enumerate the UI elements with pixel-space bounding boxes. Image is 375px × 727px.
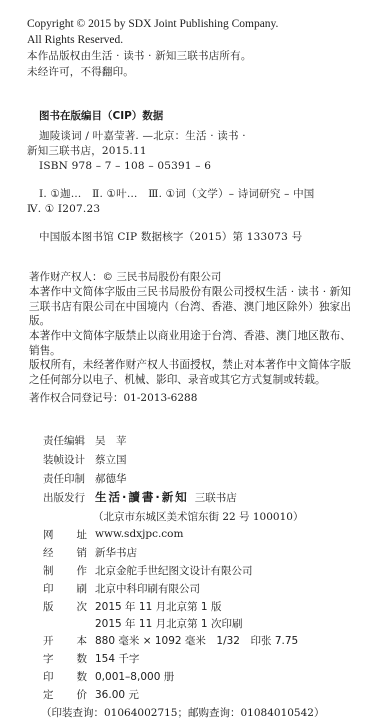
- colophon-wordcount: 字数 154 千字: [43, 649, 139, 667]
- editor-label: 责任编辑: [43, 433, 95, 448]
- editor-name: 吴 苹: [95, 433, 127, 448]
- publisher-brand-logo: 生活·讀書·新知: [95, 489, 189, 505]
- copyright-cn-line: 本作品版权由生活 · 读书 · 新知三联书店所有。: [27, 49, 252, 64]
- designer-label: 装帧设计: [43, 452, 95, 467]
- printrun-info: 0,001–8,000 册: [95, 669, 174, 684]
- sales-restriction-paragraph: 本著作中文简体字版禁止以商业用途于台湾、香港、澳门地区散布、销售。: [29, 329, 351, 358]
- publisher-name: 三联书店: [195, 490, 237, 505]
- inquiry-phone-numbers: （印装查询：01064002715；邮购查询：01084010542）: [41, 703, 324, 721]
- website-link[interactable]: www.sdxjpc.com: [95, 528, 183, 540]
- cip-classification-line2: Ⅳ. ① I207.23: [27, 202, 100, 217]
- colophon-edition: 版次 2015 年 11 月北京第 1 版: [43, 597, 221, 615]
- wordcount-info: 154 千字: [95, 651, 139, 666]
- colophon-editor: 责任编辑 吴 苹: [43, 431, 127, 449]
- no-reprint-notice: 未经许可，不得翻印。: [27, 65, 134, 80]
- designer-name: 蔡立国: [95, 452, 127, 467]
- printing-info: 2015 年 11 月北京第 1 次印刷: [95, 616, 242, 631]
- copyright-owner: 著作财产权人：© 三民书局股份有限公司: [29, 270, 221, 285]
- contract-registration-number: 著作权合同登记号：01-2013-6288: [29, 391, 197, 406]
- printer-name: 北京中科印刷有限公司: [95, 581, 200, 596]
- colophon-distributor: 经销 新华书店: [43, 543, 137, 561]
- cip-entry-line2: 新知三联书店，2015.11: [27, 144, 147, 159]
- colophon-printer: 印刷 北京中科印刷有限公司: [43, 579, 200, 597]
- price-info: 36.00 元: [95, 687, 139, 702]
- copyright-line: Copyright © 2015 by SDX Joint Publishing…: [27, 17, 278, 32]
- license-paragraph: 本著作中文简体字版由三民书局股份有限公司授权生活 · 读书 · 新知三联书店有限…: [29, 285, 351, 329]
- publisher-label: 出版发行: [43, 490, 95, 505]
- cip-heading: 图书在版编目（CIP）数据: [39, 108, 163, 123]
- colophon-printing: 2015 年 11 月北京第 1 次印刷: [95, 614, 242, 632]
- cip-classification-line1: Ⅰ. ①迦… Ⅱ. ①叶… Ⅲ. ①词（文学）– 诗词研究 – 中国: [39, 187, 315, 202]
- colophon-publisher: 出版发行 生活·讀書·新知 三联书店: [43, 488, 237, 506]
- distributor-name: 新华书店: [95, 545, 137, 560]
- cip-entry-line1: 迦陵谈词 / 叶嘉莹著. —北京：生活 · 读书 ·: [39, 129, 246, 144]
- print-manager-label: 责任印制: [43, 471, 95, 486]
- print-manager-name: 郝德华: [95, 471, 127, 486]
- cip-verification-number: 中国版本图书馆 CIP 数据核字（2015）第 133073 号: [39, 230, 302, 245]
- colophon-producer: 制作 北京金舵手世纪图文设计有限公司: [43, 561, 253, 579]
- format-info: 880 毫米 × 1092 毫米 1/32 印张 7.75: [95, 633, 298, 648]
- colophon-price: 定价 36.00 元: [43, 685, 139, 703]
- publisher-address: （北京市东城区美术馆东街 22 号 100010）: [93, 507, 303, 525]
- colophon-format: 开本 880 毫米 × 1092 毫米 1/32 印张 7.75: [43, 631, 298, 649]
- colophon-printrun: 印数 0,001–8,000 册: [43, 667, 174, 685]
- colophon-website: 网址 www.sdxjpc.com: [43, 525, 183, 543]
- colophon-print-manager: 责任印制 郝德华: [43, 469, 127, 487]
- edition-info: 2015 年 11 月北京第 1 版: [95, 599, 221, 614]
- producer-name: 北京金舵手世纪图文设计有限公司: [95, 563, 253, 578]
- rights-reserved-line: All Rights Reserved.: [27, 33, 123, 48]
- reproduction-restriction-paragraph: 版权所有，未经著作财产权人书面授权，禁止对本著作中文简体字版之任何部分以电子、机…: [29, 358, 351, 387]
- isbn: ISBN 978 – 7 – 108 – 05391 – 6: [39, 159, 211, 174]
- colophon-designer: 装帧设计 蔡立国: [43, 450, 127, 468]
